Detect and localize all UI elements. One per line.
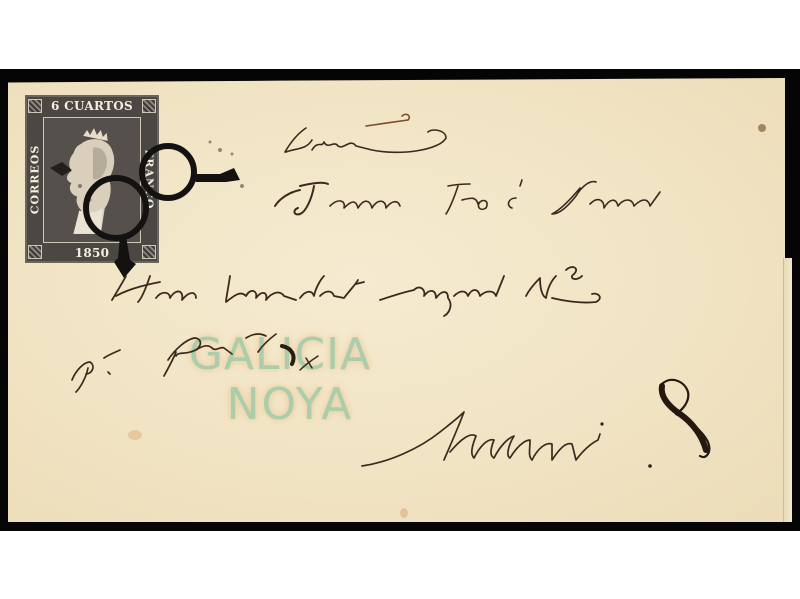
stamp-corner-ornament bbox=[28, 99, 42, 113]
stamp-portrait-frame bbox=[43, 117, 141, 243]
stamp-corner-ornament bbox=[142, 245, 156, 259]
postage-stamp: 6 CUARTOS CORREOS FRANCO 1850 bbox=[25, 95, 159, 263]
handstamp-line-2: NOYA bbox=[170, 380, 410, 430]
foxing-spot bbox=[400, 508, 408, 518]
stamp-corner-ornament bbox=[142, 99, 156, 113]
stamp-year-label: 1850 bbox=[41, 245, 143, 261]
stamp-corner-ornament bbox=[28, 245, 42, 259]
origin-handstamp: GALICIA NOYA bbox=[150, 330, 410, 460]
stamp-value-label: 6 CUARTOS bbox=[41, 98, 143, 114]
stamp-side-label-left: CORREOS bbox=[27, 119, 43, 239]
foxing-spot bbox=[128, 430, 142, 440]
queen-portrait-icon bbox=[44, 118, 140, 242]
envelope-flap-edge bbox=[783, 258, 792, 522]
ink-spot bbox=[758, 124, 766, 132]
stamp-correos-text: CORREOS bbox=[29, 144, 42, 214]
stamp-franco-text: FRANCO bbox=[143, 149, 156, 209]
stamp-side-label-right: FRANCO bbox=[141, 119, 157, 239]
handstamp-line-1: GALICIA bbox=[150, 330, 410, 380]
